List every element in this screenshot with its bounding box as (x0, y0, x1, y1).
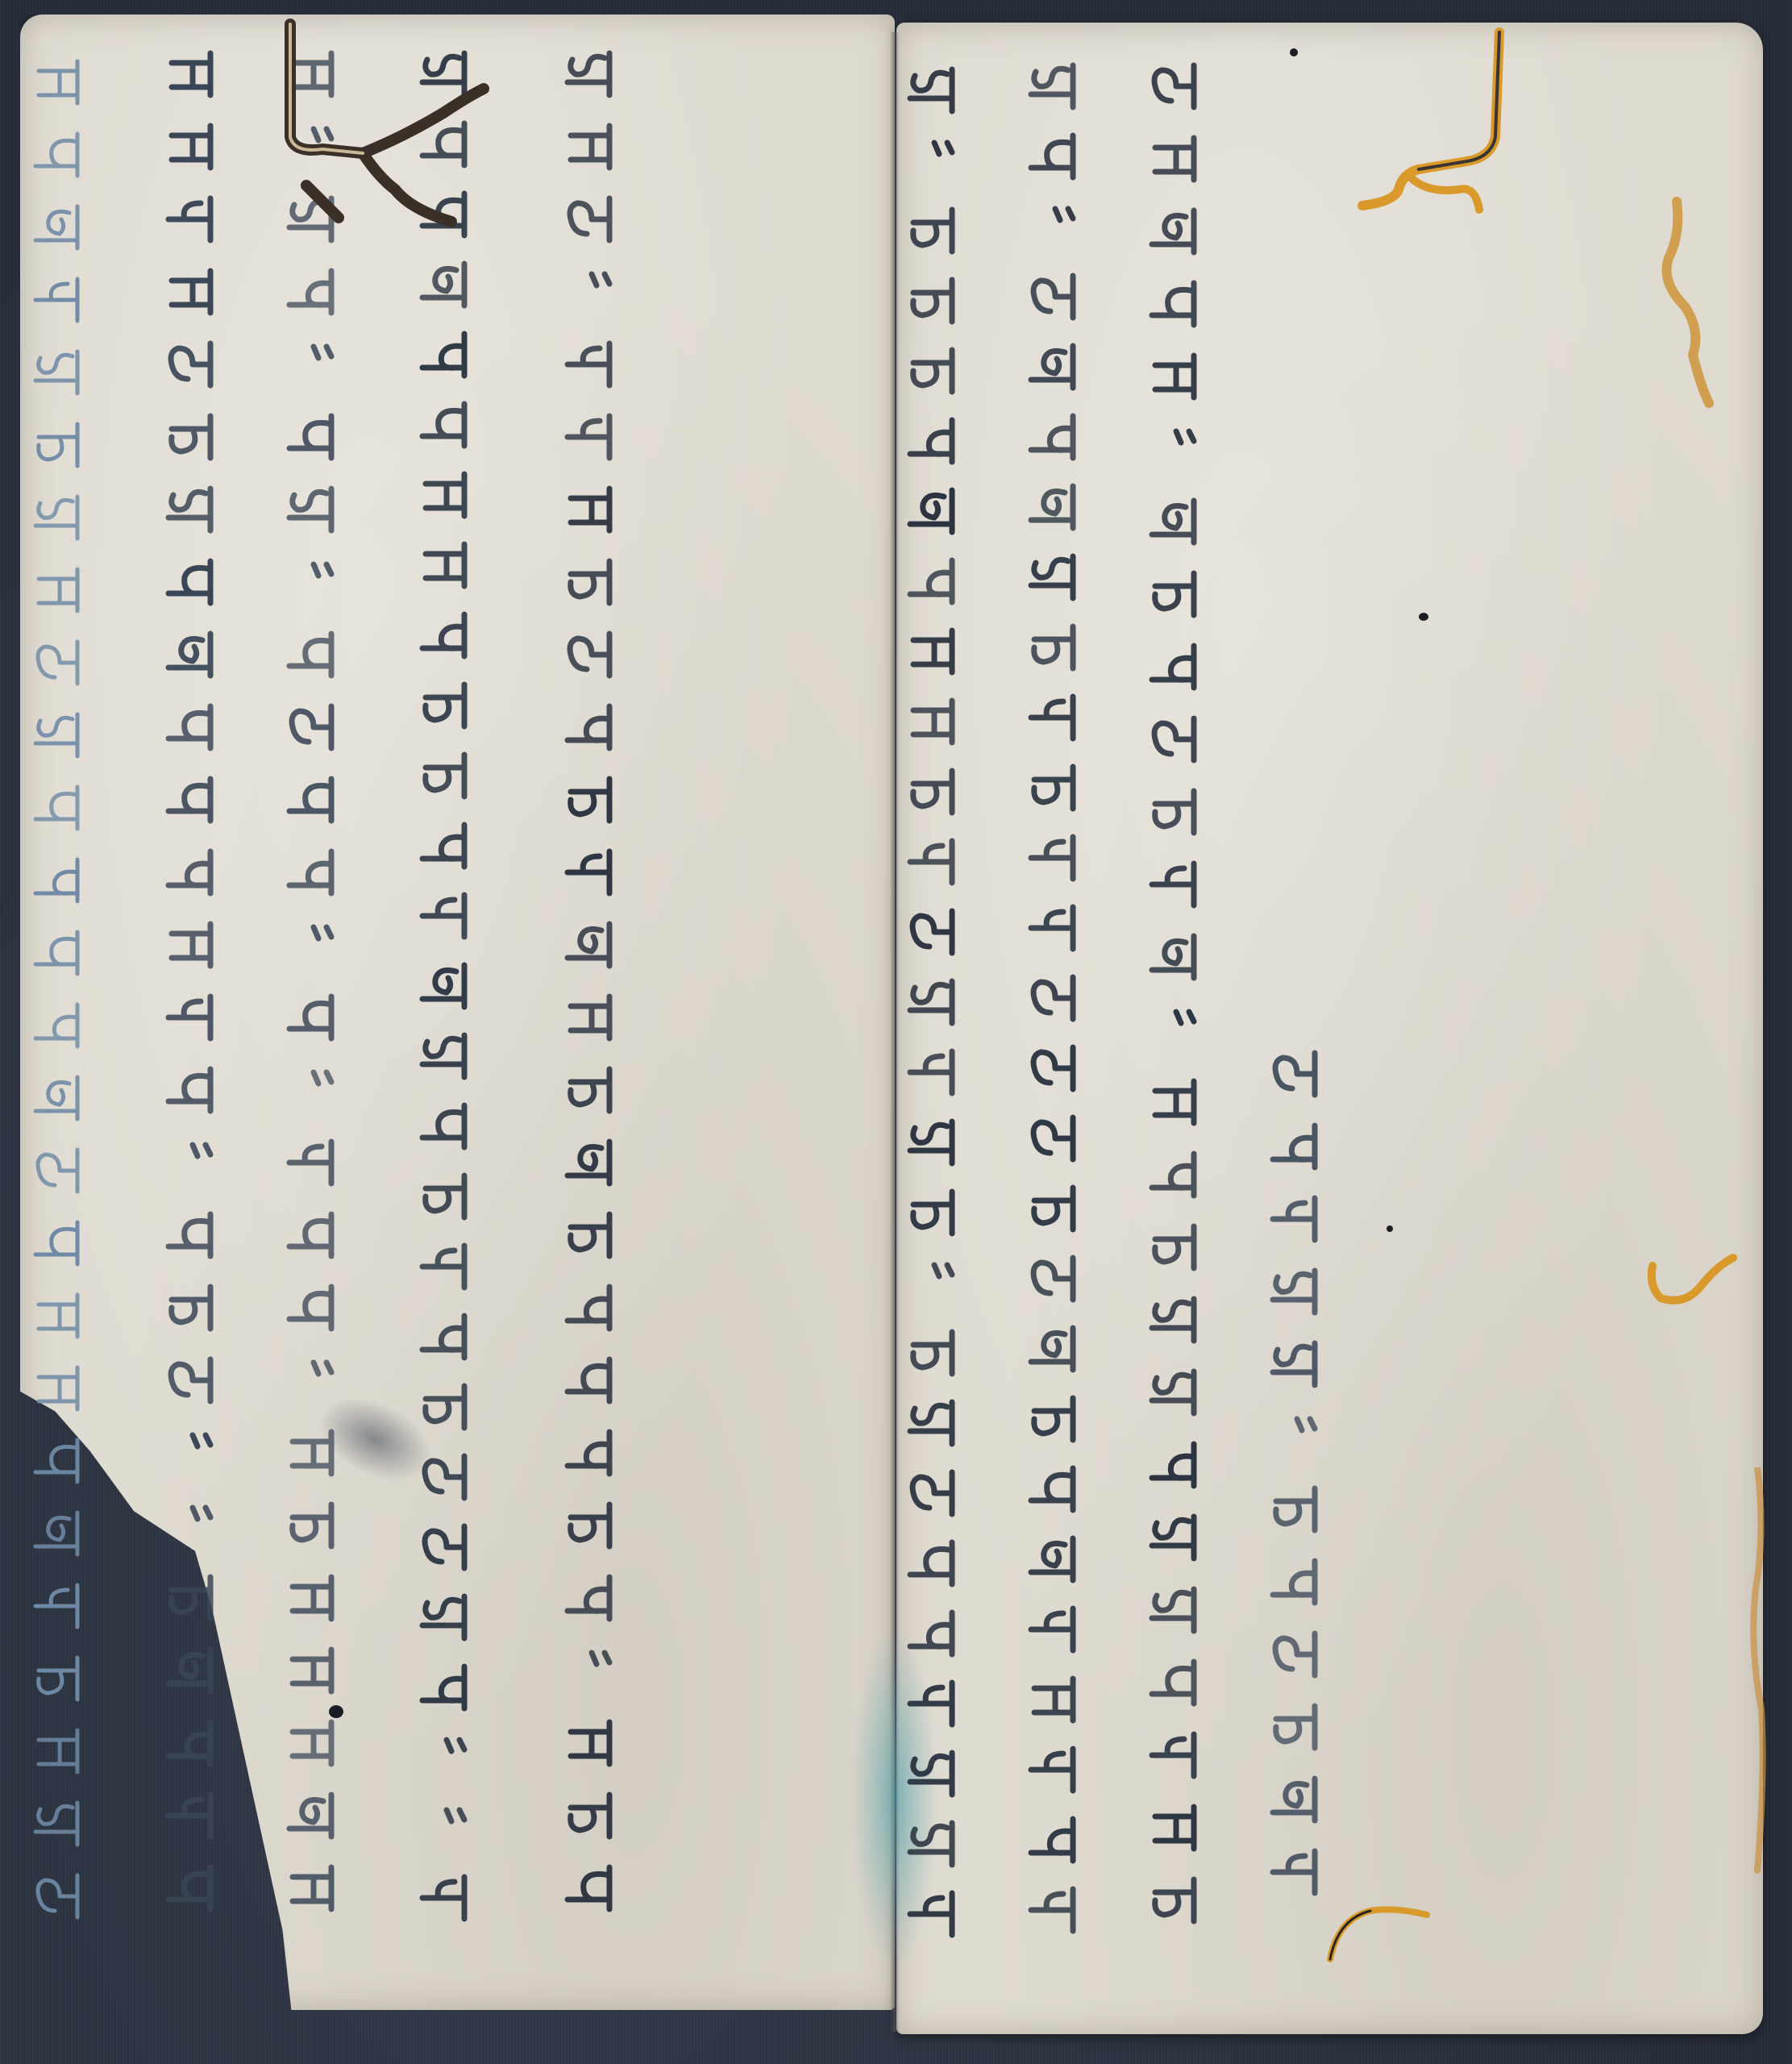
script-glyph (1028, 762, 1079, 814)
script-glyph (419, 610, 471, 661)
script-glyph (1149, 714, 1200, 765)
script-glyph (1028, 271, 1079, 322)
script-glyph (1028, 1884, 1079, 1936)
script-glyph (564, 1645, 616, 1696)
script-glyph (564, 1354, 616, 1406)
script-glyph (1270, 1266, 1321, 1317)
script-glyph (165, 1717, 217, 1769)
script-glyph (32, 637, 84, 689)
script-glyph (1028, 1463, 1079, 1515)
script-glyph (1149, 1076, 1200, 1128)
script-glyph (419, 1241, 471, 1292)
script-glyph (1149, 351, 1200, 402)
script-glyph (165, 339, 217, 390)
script-glyph (32, 1072, 84, 1124)
script-glyph (1028, 1323, 1079, 1375)
script-glyph (1149, 641, 1200, 693)
script-glyph (907, 1678, 958, 1729)
script-glyph (32, 709, 84, 761)
script-glyph (286, 411, 338, 463)
script-glyph (286, 1427, 338, 1479)
script-glyph (1149, 931, 1200, 983)
script-glyph (419, 1451, 471, 1503)
script-glyph (907, 1047, 958, 1098)
script-glyph (1028, 341, 1079, 393)
script-glyph (907, 556, 958, 607)
insect-track-bottom (1322, 1879, 1451, 1975)
script-glyph (907, 1608, 958, 1659)
script-glyph (165, 1500, 217, 1551)
left-line-5 (564, 48, 616, 1914)
script-glyph (286, 1354, 338, 1406)
script-glyph (1028, 972, 1079, 1024)
script-glyph (286, 1790, 338, 1841)
script-glyph (419, 680, 471, 731)
script-glyph (419, 469, 471, 521)
script-glyph (419, 539, 471, 591)
script-glyph (32, 492, 84, 543)
script-glyph (1149, 1875, 1200, 1926)
script-glyph (1028, 481, 1079, 533)
paper-hole (329, 1705, 343, 1718)
script-glyph (286, 992, 338, 1043)
script-glyph (564, 1064, 616, 1116)
right-line-3 (1149, 60, 1200, 1926)
insect-track-right-lower (1628, 1209, 1757, 1322)
paper-hole (1419, 613, 1428, 621)
script-glyph (286, 556, 338, 608)
script-glyph (165, 1209, 217, 1261)
script-glyph (419, 1521, 471, 1573)
script-glyph (165, 919, 217, 971)
script-glyph (1028, 131, 1079, 182)
script-glyph (1270, 1193, 1321, 1245)
script-glyph (1149, 1367, 1200, 1418)
script-glyph (907, 205, 958, 256)
script-glyph (165, 992, 217, 1043)
script-glyph (419, 890, 471, 942)
script-glyph (1149, 496, 1200, 547)
script-glyph (286, 774, 338, 826)
script-glyph (286, 701, 338, 753)
script-glyph (419, 1732, 471, 1783)
script-glyph (1270, 1048, 1321, 1100)
script-glyph (286, 847, 338, 898)
script-glyph (32, 1217, 84, 1269)
script-glyph (1149, 1439, 1200, 1491)
script-glyph (1149, 423, 1200, 475)
script-glyph (286, 1717, 338, 1769)
script-glyph (1270, 1846, 1321, 1898)
script-glyph (564, 1862, 616, 1914)
script-glyph (1149, 1512, 1200, 1563)
script-glyph (419, 820, 471, 872)
script-glyph (419, 1592, 471, 1643)
script-glyph (165, 701, 217, 753)
script-glyph (1028, 201, 1079, 252)
script-glyph (286, 339, 338, 390)
script-glyph (564, 121, 616, 173)
script-glyph (564, 1137, 616, 1188)
script-glyph (286, 1500, 338, 1551)
script-glyph (419, 1662, 471, 1713)
paper-hole (1387, 1225, 1393, 1232)
script-glyph (1028, 1042, 1079, 1094)
script-glyph (1028, 832, 1079, 884)
script-glyph (165, 629, 217, 680)
script-glyph (907, 1888, 958, 1940)
script-glyph (1149, 1729, 1200, 1781)
script-glyph (419, 329, 471, 381)
script-glyph (564, 1790, 616, 1841)
script-glyph (32, 129, 84, 181)
paper-hole (1290, 48, 1298, 56)
script-glyph (907, 1187, 958, 1238)
script-glyph (907, 766, 958, 818)
script-glyph (165, 1064, 217, 1116)
script-glyph (907, 1117, 958, 1168)
script-glyph (165, 1282, 217, 1334)
script-glyph (286, 484, 338, 535)
script-glyph (1270, 1774, 1321, 1825)
left-line-2 (165, 48, 217, 1914)
script-glyph (32, 1580, 84, 1632)
script-glyph (1149, 1294, 1200, 1346)
script-glyph (32, 202, 84, 253)
left-line-1 (32, 56, 84, 1922)
script-glyph (564, 484, 616, 535)
script-glyph (286, 1064, 338, 1116)
script-glyph (564, 411, 616, 463)
script-glyph (1270, 1121, 1321, 1172)
script-glyph (286, 1209, 338, 1261)
right-line-4 (1270, 1048, 1321, 1898)
script-glyph (32, 1290, 84, 1342)
script-glyph (907, 1327, 958, 1379)
script-glyph (165, 1572, 217, 1624)
script-glyph (1149, 1221, 1200, 1273)
script-glyph (419, 750, 471, 801)
script-glyph (32, 927, 84, 979)
script-glyph (1270, 1411, 1321, 1463)
script-glyph (907, 1257, 958, 1309)
script-glyph (1028, 622, 1079, 673)
script-glyph (564, 629, 616, 680)
frayed-edge (1741, 1467, 1773, 1887)
script-glyph (165, 556, 217, 608)
script-glyph (1270, 1338, 1321, 1390)
script-glyph (907, 485, 958, 537)
script-glyph (165, 1354, 217, 1406)
script-glyph (419, 960, 471, 1012)
script-glyph (1028, 411, 1079, 463)
script-glyph (32, 347, 84, 398)
script-glyph (165, 1862, 217, 1914)
script-glyph (907, 1397, 958, 1449)
script-glyph (564, 1500, 616, 1551)
script-glyph (907, 135, 958, 186)
script-glyph (1270, 1483, 1321, 1535)
script-glyph (907, 1467, 958, 1519)
script-glyph (165, 121, 217, 173)
script-glyph (564, 339, 616, 390)
script-glyph (907, 976, 958, 1028)
script-glyph (564, 556, 616, 608)
script-glyph (907, 64, 958, 116)
script-glyph (165, 847, 217, 898)
script-glyph (564, 919, 616, 971)
script-glyph (32, 1508, 84, 1559)
script-glyph (286, 1645, 338, 1696)
script-glyph (419, 399, 471, 451)
manuscript-photo (0, 0, 1792, 2064)
left-line-4 (419, 48, 471, 1924)
script-glyph (419, 1101, 471, 1152)
script-glyph (1149, 786, 1200, 838)
script-glyph (419, 1381, 471, 1433)
script-glyph (1028, 1604, 1079, 1655)
insect-track-right (1322, 16, 1773, 468)
script-glyph (286, 1137, 338, 1188)
right-line-1 (907, 64, 958, 1940)
script-glyph (32, 1435, 84, 1487)
script-glyph (564, 1572, 616, 1624)
script-glyph (907, 1748, 958, 1800)
script-glyph (165, 266, 217, 318)
script-glyph (1149, 1802, 1200, 1854)
script-glyph (907, 696, 958, 747)
script-glyph (1028, 692, 1079, 743)
script-glyph (286, 629, 338, 680)
script-glyph (1028, 1533, 1079, 1585)
script-glyph (564, 774, 616, 826)
script-glyph (419, 1311, 471, 1363)
script-glyph (1149, 1149, 1200, 1201)
script-glyph (907, 1818, 958, 1870)
script-glyph (564, 193, 616, 245)
script-glyph (1149, 60, 1200, 112)
script-glyph (165, 411, 217, 463)
script-glyph (286, 1282, 338, 1334)
script-glyph (564, 48, 616, 100)
script-glyph (165, 1790, 217, 1841)
script-glyph (564, 847, 616, 898)
insect-track-left (258, 16, 548, 274)
script-glyph (1149, 206, 1200, 257)
script-glyph (1149, 278, 1200, 330)
script-glyph (1028, 1674, 1079, 1725)
script-glyph (165, 193, 217, 245)
script-glyph (32, 564, 84, 616)
script-glyph (907, 1538, 958, 1589)
script-glyph (286, 1572, 338, 1624)
script-glyph (1028, 551, 1079, 603)
script-glyph (165, 1645, 217, 1696)
script-glyph (907, 275, 958, 327)
script-glyph (32, 56, 84, 108)
script-glyph (286, 1862, 338, 1914)
script-glyph (1149, 1584, 1200, 1636)
script-glyph (1028, 1744, 1079, 1796)
script-glyph (1149, 133, 1200, 185)
script-glyph (1270, 1701, 1321, 1753)
script-glyph (419, 1872, 471, 1924)
script-glyph (564, 1427, 616, 1479)
script-glyph (165, 774, 217, 826)
script-glyph (32, 855, 84, 906)
script-glyph (32, 1145, 84, 1196)
script-glyph (1270, 1629, 1321, 1680)
script-glyph (165, 1427, 217, 1479)
left-line-3 (286, 48, 338, 1914)
script-glyph (165, 48, 217, 100)
script-glyph (1028, 60, 1079, 112)
script-glyph (1149, 1004, 1200, 1055)
script-glyph (564, 701, 616, 753)
script-glyph (1028, 1113, 1079, 1164)
script-glyph (419, 1171, 471, 1222)
script-glyph (564, 1282, 616, 1334)
script-glyph (1028, 1814, 1079, 1866)
script-glyph (1149, 1657, 1200, 1708)
script-glyph (32, 1725, 84, 1777)
script-glyph (32, 419, 84, 471)
script-glyph (1149, 568, 1200, 620)
script-glyph (32, 1798, 84, 1850)
script-glyph (286, 919, 338, 971)
script-glyph (32, 782, 84, 834)
script-glyph (907, 626, 958, 677)
script-glyph (1028, 902, 1079, 954)
script-glyph (564, 1717, 616, 1769)
script-glyph (32, 274, 84, 326)
script-glyph (419, 1802, 471, 1854)
script-glyph (32, 1653, 84, 1704)
script-glyph (1028, 1393, 1079, 1445)
script-glyph (32, 1000, 84, 1051)
script-glyph (564, 1209, 616, 1261)
script-glyph (32, 1870, 84, 1922)
script-glyph (1149, 859, 1200, 910)
script-glyph (907, 345, 958, 397)
script-glyph (419, 1030, 471, 1082)
script-glyph (1270, 1556, 1321, 1608)
script-glyph (907, 836, 958, 888)
script-glyph (907, 906, 958, 958)
right-line-2 (1028, 60, 1079, 1936)
script-glyph (907, 415, 958, 467)
script-glyph (165, 484, 217, 535)
script-glyph (1028, 1253, 1079, 1305)
script-glyph (1028, 1183, 1079, 1234)
script-glyph (564, 992, 616, 1043)
script-glyph (32, 1363, 84, 1414)
script-glyph (564, 266, 616, 318)
script-glyph (165, 1137, 217, 1188)
